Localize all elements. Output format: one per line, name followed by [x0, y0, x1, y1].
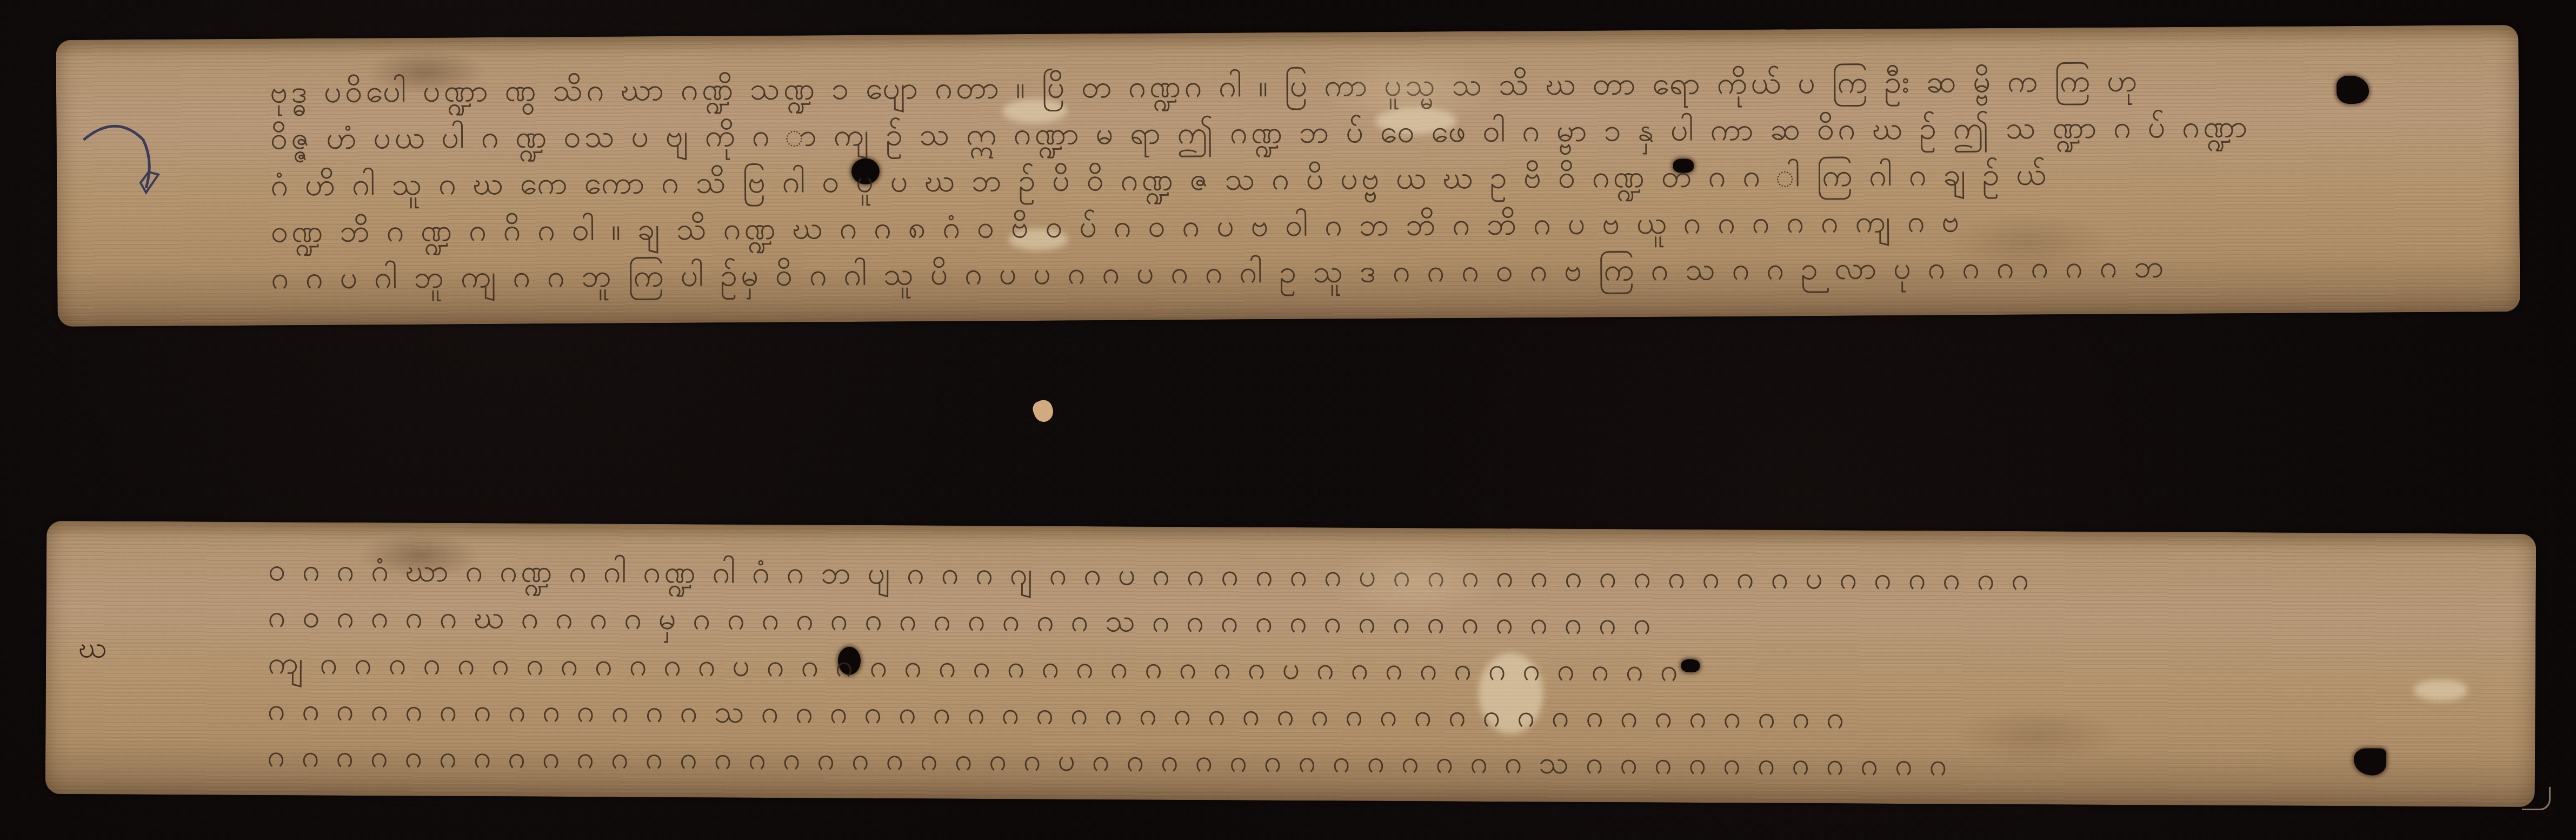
text-line: ဂ ဝ ဂ ဂ ဂ ဂ ဃ ဂ ဂ ဂ ဂ မှ ဂ ဂ ဂ ဂ ဂ ဂ ဂ ဂ… [268, 597, 1654, 650]
text-line: ဝ ဂ ဂ ဂံ ဃာ ဂ ဂဏ္ဍ ဂ ဂါ ဂဏ္ဍ ဂါ ဂံ ဂ ဘ ပ… [268, 550, 2033, 605]
text-line: ဂ ဂ ဂ ဂ ဂ ဂ ဂ ဂ ဂ ဂ ဂ ဂ ဂ ဂ ဂ ဂ ဂ ဂ ဂ ဂ … [267, 736, 1951, 791]
palm-leaf-top: ဂ ဗုဒ္ဓ ပဝိပေါ ပဏ္ဍာ ဏွ သိဂ ဃာ ဂဏ္ဍိ သဏ္… [56, 25, 2520, 327]
palm-leaf-bottom: ဃ ဝ ဂ ဂ ဂံ ဃာ ဂ ဂဏ္ဍ ဂ ဂါ ဂဏ္ဍ ဂါ ဂံ ဂ ဘ… [45, 521, 2537, 807]
leaf-text-block: ဗုဒ္ဓ ပဝိပေါ ပဏ္ဍာ ဏွ သိဂ ဃာ ဂဏ္ဍိ သဏ္ဍ … [56, 25, 2520, 327]
leaf-fragment [1030, 398, 1056, 425]
text-line: ဂ ဂ ဂ ဂ ဂ ဂ ဂ ဂ ဂ ဂ ဂ ဂ ဂ သ ဂ ဂ ဂ ဂ ဂ ဂ … [267, 690, 1847, 744]
text-line: ကျ ဂ ဂ ဂ ဂ ဂ ဂ ဂ ဂ ဂ ဂ ဂ ဂ ပ ဂ ဂ ဂ ဂ ဂ ဂ… [268, 643, 1681, 697]
loose-fiber [2522, 787, 2551, 810]
leaf-text-block: ဝ ဂ ဂ ဂံ ဃာ ဂ ဂဏ္ဍ ဂ ဂါ ဂဏ္ဍ ဂါ ဂံ ဂ ဘ ပ… [45, 521, 2537, 807]
